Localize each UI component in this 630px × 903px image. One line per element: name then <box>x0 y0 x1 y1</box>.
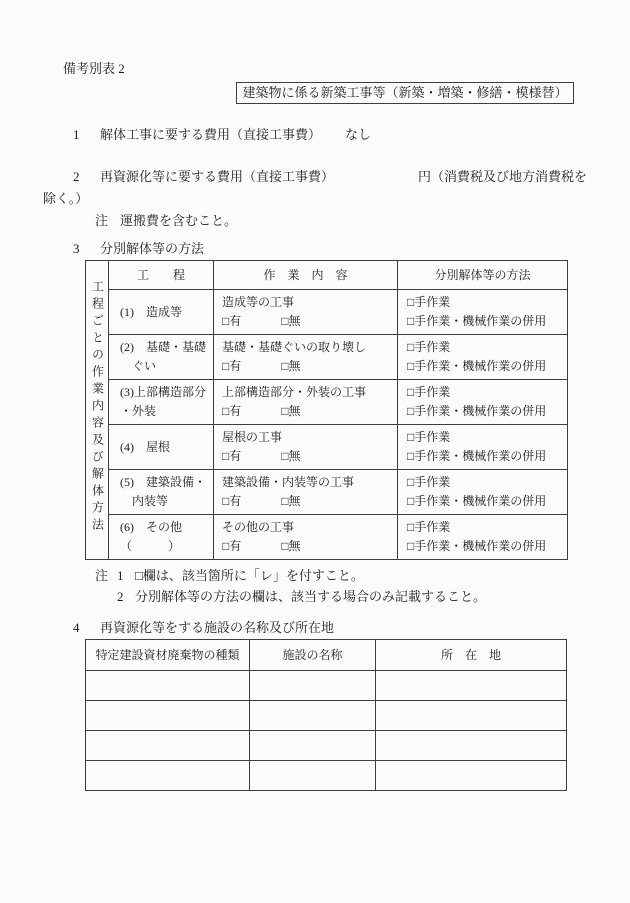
column-header-process: 工 程 <box>109 261 214 290</box>
location-cell <box>376 701 567 731</box>
item3-title-line: 3分別解体等の方法 <box>73 240 630 257</box>
column-header-waste-type: 特定建設資材廃棄物の種類 <box>86 640 250 671</box>
side-label: 工程ごとの作業内容及び解体方法 <box>87 280 108 535</box>
checkbox-has-option: □有 <box>222 539 241 553</box>
item2-line: 2再資源化等に要する費用（直接工事費）円（消費税及び地方消費税を <box>73 168 630 185</box>
work-title: その他の工事 <box>222 518 397 537</box>
work-presence-options: □有□無 <box>222 447 397 466</box>
facility-name-cell <box>250 761 376 791</box>
work-cell: 上部構造部分・外装の工事 □有□無 <box>214 380 398 425</box>
work-presence-options: □有□無 <box>222 312 397 331</box>
table-row: (6) その他 （ ） その他の工事 □有□無 □手作業 □手作業・機械作業の併… <box>86 515 568 560</box>
waste-type-cell <box>86 731 250 761</box>
checkbox-combined-option: □手作業・機械作業の併用 <box>407 447 567 466</box>
item1-value: なし <box>345 127 371 142</box>
work-title: 基礎・基礎ぐいの取り壊し <box>222 338 397 357</box>
process-cell: (2) 基礎・基礎 ぐい <box>109 335 214 380</box>
checkbox-combined-option: □手作業・機械作業の併用 <box>407 537 567 556</box>
checkbox-manual-option: □手作業 <box>407 338 567 357</box>
checkbox-none-option: □無 <box>281 314 300 328</box>
checkbox-has-option: □有 <box>222 449 241 463</box>
process-cell: (4) 屋根 <box>109 425 214 470</box>
location-cell <box>376 761 567 791</box>
item3-title: 分別解体等の方法 <box>100 241 204 256</box>
checkbox-has-option: □有 <box>222 359 241 373</box>
item4-title-line: 4再資源化等をする施設の名称及び所在地 <box>73 619 630 636</box>
column-header-work: 作 業 内 容 <box>214 261 398 290</box>
work-cell: 造成等の工事 □有□無 <box>214 290 398 335</box>
document-page: 備考別表 2 建築物に係る新築工事等（新築・増築・修繕・模様替） 1解体工事に要… <box>0 0 630 903</box>
facility-table: 特定建設資材廃棄物の種類 施設の名称 所 在 地 <box>85 639 567 791</box>
table-row: (5) 建築設備・ 内装等 建築設備・内装等の工事 □有□無 □手作業 □手作業… <box>86 470 568 515</box>
item3-number: 3 <box>73 240 100 257</box>
table-header-row: 工程ごとの作業内容及び解体方法 工 程 作 業 内 容 分別解体等の方法 <box>86 261 568 290</box>
table-row: (1) 造成等 造成等の工事 □有□無 □手作業 □手作業・機械作業の併用 <box>86 290 568 335</box>
checkbox-none-option: □無 <box>281 359 300 373</box>
work-presence-options: □有□無 <box>222 537 397 556</box>
item2-note-text: 運搬費を含むこと。 <box>120 213 237 228</box>
checkbox-combined-option: □手作業・機械作業の併用 <box>407 492 567 511</box>
process-cell: (1) 造成等 <box>109 290 214 335</box>
work-title: 造成等の工事 <box>222 293 397 312</box>
waste-type-cell <box>86 701 250 731</box>
checkbox-none-option: □無 <box>281 539 300 553</box>
boxed-title: 建築物に係る新築工事等（新築・増築・修繕・模様替） <box>236 82 574 104</box>
notes-label: 注 <box>95 565 117 586</box>
item2-unit-text: 円（消費税及び地方消費税を <box>418 169 587 184</box>
empty-row <box>86 731 567 761</box>
column-header-facility-name: 施設の名称 <box>250 640 376 671</box>
work-cell: 基礎・基礎ぐいの取り壊し □有□無 <box>214 335 398 380</box>
item4-number: 4 <box>73 619 100 636</box>
table-row: (4) 屋根 屋根の工事 □有□無 □手作業 □手作業・機械作業の併用 <box>86 425 568 470</box>
facility-name-cell <box>250 701 376 731</box>
note2-number: 2 <box>117 586 135 607</box>
note2-text: 分別解体等の方法の欄は、該当する場合のみ記載すること。 <box>135 589 486 604</box>
checkbox-combined-option: □手作業・機械作業の併用 <box>407 312 567 331</box>
waste-type-cell <box>86 671 250 701</box>
table-notes: 注1□欄は、該当箇所に「レ」を付すこと。 2分別解体等の方法の欄は、該当する場合… <box>95 565 630 607</box>
method-cell: □手作業 □手作業・機械作業の併用 <box>398 380 568 425</box>
checkbox-combined-option: □手作業・機械作業の併用 <box>407 357 567 376</box>
work-presence-options: □有□無 <box>222 357 397 376</box>
method-cell: □手作業 □手作業・機械作業の併用 <box>398 335 568 380</box>
checkbox-manual-option: □手作業 <box>407 428 567 447</box>
facility-table-header-row: 特定建設資材廃棄物の種類 施設の名称 所 在 地 <box>86 640 567 671</box>
work-title: 上部構造部分・外装の工事 <box>222 383 397 402</box>
checkbox-manual-option: □手作業 <box>407 518 567 537</box>
item1-number: 1 <box>73 126 100 143</box>
checkbox-manual-option: □手作業 <box>407 473 567 492</box>
checkbox-none-option: □無 <box>281 404 300 418</box>
doc-label: 備考別表 2 <box>63 60 630 77</box>
note1-number: 1 <box>117 565 135 586</box>
work-presence-options: □有□無 <box>222 402 397 421</box>
item2-note-label: 注 <box>95 212 120 229</box>
method-cell: □手作業 □手作業・機械作業の併用 <box>398 425 568 470</box>
checkbox-manual-option: □手作業 <box>407 383 567 402</box>
process-cell: (6) その他 （ ） <box>109 515 214 560</box>
side-label-cell: 工程ごとの作業内容及び解体方法 <box>86 261 109 560</box>
separation-method-table: 工程ごとの作業内容及び解体方法 工 程 作 業 内 容 分別解体等の方法 (1)… <box>85 260 568 560</box>
location-cell <box>376 671 567 701</box>
method-cell: □手作業 □手作業・機械作業の併用 <box>398 470 568 515</box>
location-cell <box>376 731 567 761</box>
checkbox-none-option: □無 <box>281 494 300 508</box>
method-cell: □手作業 □手作業・機械作業の併用 <box>398 290 568 335</box>
empty-row <box>86 761 567 791</box>
work-cell: 屋根の工事 □有□無 <box>214 425 398 470</box>
item2-wrap-line: 除く。） <box>43 190 630 207</box>
waste-type-cell <box>86 761 250 791</box>
item2-text: 再資源化等に要する費用（直接工事費） <box>100 169 334 184</box>
item1-line: 1解体工事に要する費用（直接工事費）なし <box>73 126 630 143</box>
item1-text: 解体工事に要する費用（直接工事費） <box>100 127 321 142</box>
method-cell: □手作業 □手作業・機械作業の併用 <box>398 515 568 560</box>
work-title: 屋根の工事 <box>222 428 397 447</box>
table-row: (3)上部構造部分 ・外装 上部構造部分・外装の工事 □有□無 □手作業 □手作… <box>86 380 568 425</box>
empty-row <box>86 701 567 731</box>
checkbox-none-option: □無 <box>281 449 300 463</box>
work-title: 建築設備・内装等の工事 <box>222 473 397 492</box>
checkbox-has-option: □有 <box>222 404 241 418</box>
column-header-method: 分別解体等の方法 <box>398 261 568 290</box>
process-cell: (5) 建築設備・ 内装等 <box>109 470 214 515</box>
item4-title: 再資源化等をする施設の名称及び所在地 <box>100 620 334 635</box>
checkbox-has-option: □有 <box>222 494 241 508</box>
item2-number: 2 <box>73 168 100 185</box>
empty-row <box>86 671 567 701</box>
work-cell: 建築設備・内装等の工事 □有□無 <box>214 470 398 515</box>
checkbox-manual-option: □手作業 <box>407 293 567 312</box>
column-header-location: 所 在 地 <box>376 640 567 671</box>
work-presence-options: □有□無 <box>222 492 397 511</box>
checkbox-has-option: □有 <box>222 314 241 328</box>
checkbox-combined-option: □手作業・機械作業の併用 <box>407 402 567 421</box>
item2-note-line: 注運搬費を含むこと。 <box>95 212 630 229</box>
facility-name-cell <box>250 671 376 701</box>
note-line-1: 注1□欄は、該当箇所に「レ」を付すこと。 <box>95 565 630 586</box>
note1-text: □欄は、該当箇所に「レ」を付すこと。 <box>135 568 364 583</box>
note-line-2: 2分別解体等の方法の欄は、該当する場合のみ記載すること。 <box>95 586 630 607</box>
table-row: (2) 基礎・基礎 ぐい 基礎・基礎ぐいの取り壊し □有□無 □手作業 □手作業… <box>86 335 568 380</box>
process-cell: (3)上部構造部分 ・外装 <box>109 380 214 425</box>
facility-name-cell <box>250 731 376 761</box>
work-cell: その他の工事 □有□無 <box>214 515 398 560</box>
